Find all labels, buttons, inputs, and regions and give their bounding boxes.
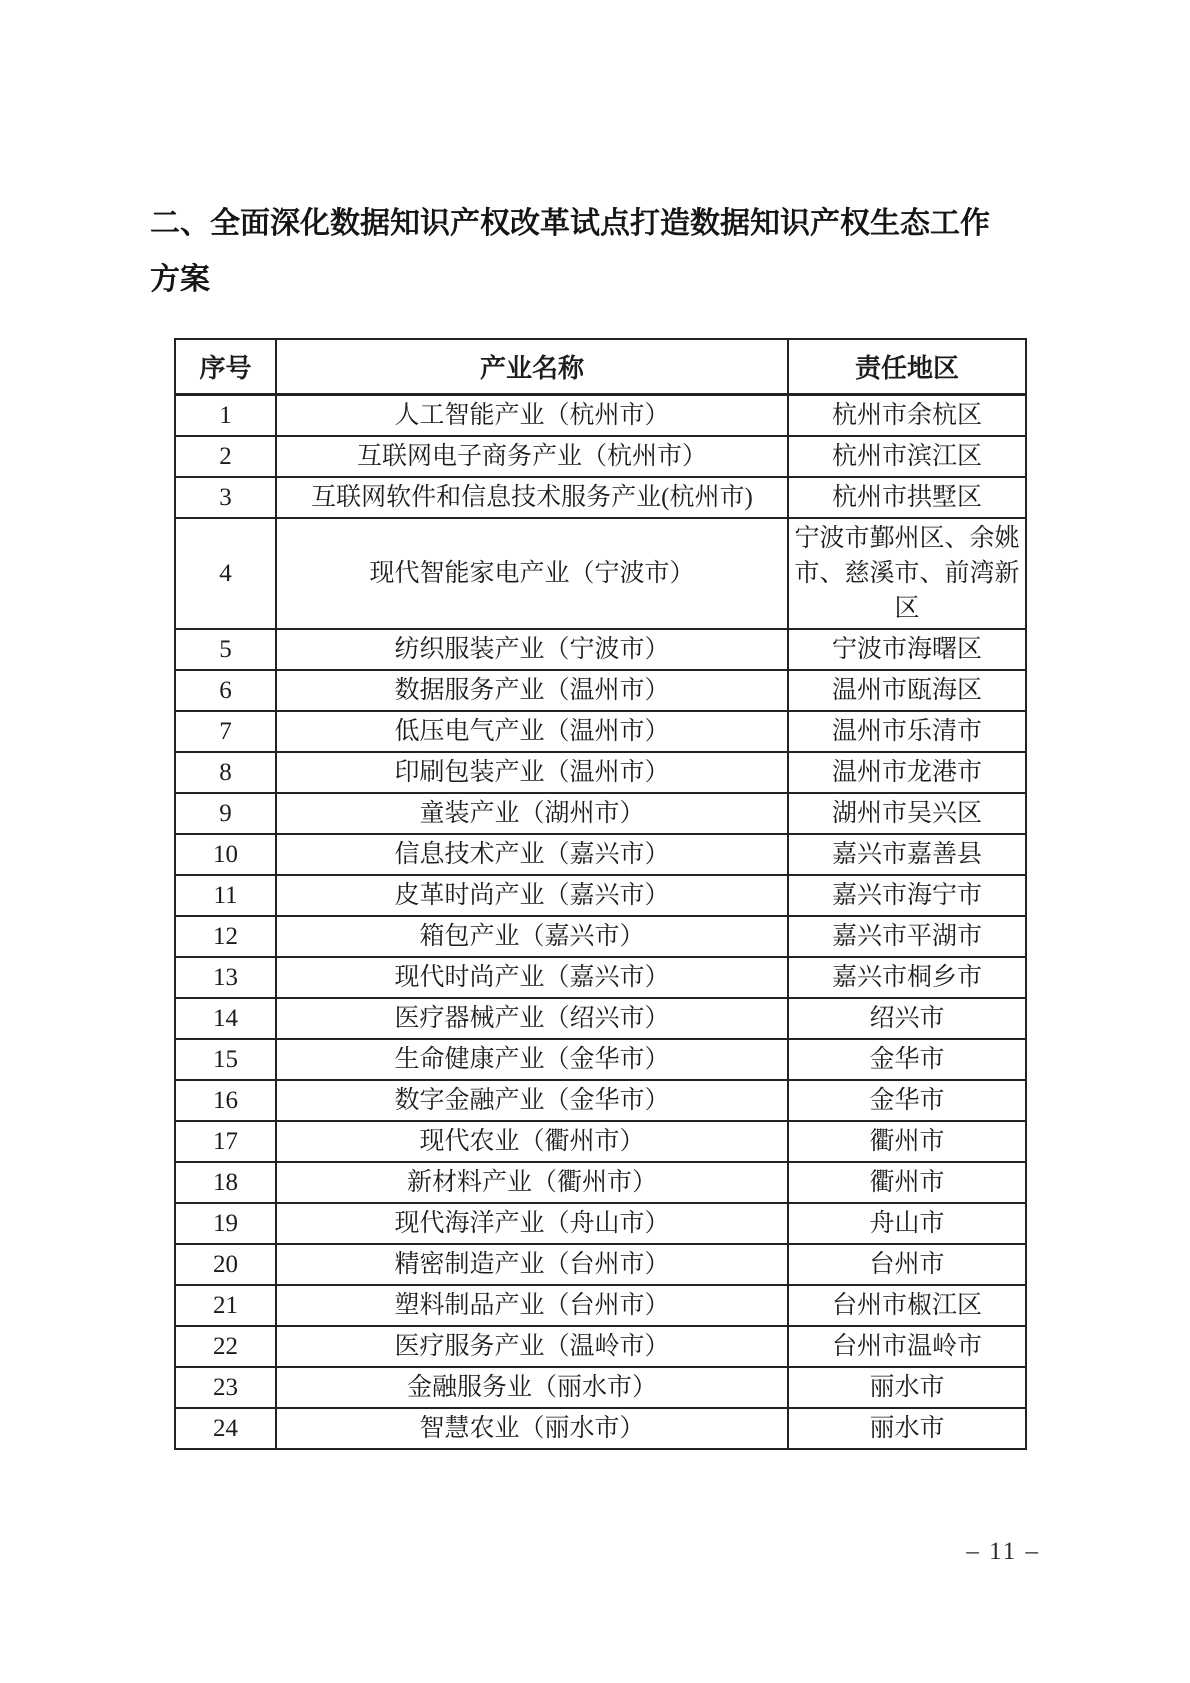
responsible-region-cell: 温州市瓯海区 (788, 670, 1026, 711)
table-row: 13 现代时尚产业（嘉兴市） 嘉兴市桐乡市 (175, 957, 1026, 998)
table-row: 24 智慧农业（丽水市） 丽水市 (175, 1408, 1026, 1449)
industry-name-cell: 低压电气产业（温州市） (276, 711, 788, 752)
page-number: – 11 – (0, 1538, 1040, 1566)
responsible-region-cell: 宁波市鄞州区、余姚市、慈溪市、前湾新区 (788, 518, 1026, 629)
row-number-cell: 2 (175, 436, 276, 477)
table-row: 14 医疗器械产业（绍兴市） 绍兴市 (175, 998, 1026, 1039)
row-number-cell: 10 (175, 834, 276, 875)
row-number-cell: 13 (175, 957, 276, 998)
table-row: 1 人工智能产业（杭州市） 杭州市余杭区 (175, 394, 1026, 436)
industry-name-cell: 印刷包装产业（温州市） (276, 752, 788, 793)
industry-name-cell: 现代智能家电产业（宁波市） (276, 518, 788, 629)
table-row: 7 低压电气产业（温州市） 温州市乐清市 (175, 711, 1026, 752)
row-number-cell: 5 (175, 629, 276, 670)
responsible-region-cell: 嘉兴市海宁市 (788, 875, 1026, 916)
industry-name-cell: 医疗服务产业（温岭市） (276, 1326, 788, 1367)
responsible-region-cell: 嘉兴市桐乡市 (788, 957, 1026, 998)
responsible-region-cell: 温州市龙港市 (788, 752, 1026, 793)
table-row: 12 箱包产业（嘉兴市） 嘉兴市平湖市 (175, 916, 1026, 957)
responsible-region-cell: 杭州市拱墅区 (788, 477, 1026, 518)
row-number-cell: 16 (175, 1080, 276, 1121)
industry-name-cell: 人工智能产业（杭州市） (276, 394, 788, 436)
industry-name-cell: 童装产业（湖州市） (276, 793, 788, 834)
industry-name-cell: 现代海洋产业（舟山市） (276, 1203, 788, 1244)
row-number-cell: 14 (175, 998, 276, 1039)
section-title: 二、全面深化数据知识产权改革试点打造数据知识产权生态工作方案 (0, 0, 1012, 308)
industry-name-cell: 现代农业（衢州市） (276, 1121, 788, 1162)
industry-name-cell: 数字金融产业（金华市） (276, 1080, 788, 1121)
industry-name-cell: 数据服务产业（温州市） (276, 670, 788, 711)
responsible-region-cell: 丽水市 (788, 1367, 1026, 1408)
row-number-cell: 22 (175, 1326, 276, 1367)
row-number-cell: 4 (175, 518, 276, 629)
table-row: 22 医疗服务产业（温岭市） 台州市温岭市 (175, 1326, 1026, 1367)
industry-name-cell: 金融服务业（丽水市） (276, 1367, 788, 1408)
table-row: 18 新材料产业（衢州市） 衢州市 (175, 1162, 1026, 1203)
row-number-cell: 15 (175, 1039, 276, 1080)
row-number-cell: 24 (175, 1408, 276, 1449)
industry-name-cell: 精密制造产业（台州市） (276, 1244, 788, 1285)
row-number-cell: 6 (175, 670, 276, 711)
table-row: 2 互联网电子商务产业（杭州市） 杭州市滨江区 (175, 436, 1026, 477)
responsible-region-cell: 衢州市 (788, 1162, 1026, 1203)
document-page: 二、全面深化数据知识产权改革试点打造数据知识产权生态工作方案 序号 产业名称 责… (0, 0, 1190, 1683)
industry-name-cell: 皮革时尚产业（嘉兴市） (276, 875, 788, 916)
responsible-region-cell: 台州市 (788, 1244, 1026, 1285)
table-row: 8 印刷包装产业（温州市） 温州市龙港市 (175, 752, 1026, 793)
header-cell-industry: 产业名称 (276, 339, 788, 394)
responsible-region-cell: 杭州市余杭区 (788, 394, 1026, 436)
responsible-region-cell: 嘉兴市嘉善县 (788, 834, 1026, 875)
responsible-region-cell: 温州市乐清市 (788, 711, 1026, 752)
industry-name-cell: 互联网电子商务产业（杭州市） (276, 436, 788, 477)
table-row: 21 塑料制品产业（台州市） 台州市椒江区 (175, 1285, 1026, 1326)
responsible-region-cell: 嘉兴市平湖市 (788, 916, 1026, 957)
table-row: 6 数据服务产业（温州市） 温州市瓯海区 (175, 670, 1026, 711)
row-number-cell: 20 (175, 1244, 276, 1285)
industry-name-cell: 新材料产业（衢州市） (276, 1162, 788, 1203)
table-header-row: 序号 产业名称 责任地区 (175, 339, 1026, 394)
row-number-cell: 11 (175, 875, 276, 916)
row-number-cell: 3 (175, 477, 276, 518)
industry-name-cell: 互联网软件和信息技术服务产业(杭州市) (276, 477, 788, 518)
table-row: 20 精密制造产业（台州市） 台州市 (175, 1244, 1026, 1285)
responsible-region-cell: 绍兴市 (788, 998, 1026, 1039)
table-row: 4 现代智能家电产业（宁波市） 宁波市鄞州区、余姚市、慈溪市、前湾新区 (175, 518, 1026, 629)
row-number-cell: 17 (175, 1121, 276, 1162)
responsible-region-cell: 宁波市海曙区 (788, 629, 1026, 670)
row-number-cell: 19 (175, 1203, 276, 1244)
table-row: 5 纺织服装产业（宁波市） 宁波市海曙区 (175, 629, 1026, 670)
responsible-region-cell: 台州市椒江区 (788, 1285, 1026, 1326)
industry-name-cell: 纺织服装产业（宁波市） (276, 629, 788, 670)
industry-name-cell: 医疗器械产业（绍兴市） (276, 998, 788, 1039)
responsible-region-cell: 金华市 (788, 1080, 1026, 1121)
header-cell-region: 责任地区 (788, 339, 1026, 394)
table-row: 9 童装产业（湖州市） 湖州市吴兴区 (175, 793, 1026, 834)
responsible-region-cell: 金华市 (788, 1039, 1026, 1080)
responsible-region-cell: 舟山市 (788, 1203, 1026, 1244)
industry-name-cell: 智慧农业（丽水市） (276, 1408, 788, 1449)
table-row: 17 现代农业（衢州市） 衢州市 (175, 1121, 1026, 1162)
responsible-region-cell: 衢州市 (788, 1121, 1026, 1162)
industry-responsibility-table: 序号 产业名称 责任地区 1 人工智能产业（杭州市） 杭州市余杭区 2 互联网电… (174, 338, 1027, 1450)
table-row: 23 金融服务业（丽水市） 丽水市 (175, 1367, 1026, 1408)
industry-name-cell: 现代时尚产业（嘉兴市） (276, 957, 788, 998)
responsible-region-cell: 台州市温岭市 (788, 1326, 1026, 1367)
row-number-cell: 23 (175, 1367, 276, 1408)
responsible-region-cell: 丽水市 (788, 1408, 1026, 1449)
row-number-cell: 12 (175, 916, 276, 957)
responsible-region-cell: 湖州市吴兴区 (788, 793, 1026, 834)
industry-name-cell: 塑料制品产业（台州市） (276, 1285, 788, 1326)
header-cell-no: 序号 (175, 339, 276, 394)
row-number-cell: 18 (175, 1162, 276, 1203)
table-row: 3 互联网软件和信息技术服务产业(杭州市) 杭州市拱墅区 (175, 477, 1026, 518)
table-row: 19 现代海洋产业（舟山市） 舟山市 (175, 1203, 1026, 1244)
table-body: 1 人工智能产业（杭州市） 杭州市余杭区 2 互联网电子商务产业（杭州市） 杭州… (175, 394, 1026, 1449)
responsible-region-cell: 杭州市滨江区 (788, 436, 1026, 477)
table-row: 10 信息技术产业（嘉兴市） 嘉兴市嘉善县 (175, 834, 1026, 875)
row-number-cell: 1 (175, 394, 276, 436)
row-number-cell: 7 (175, 711, 276, 752)
row-number-cell: 21 (175, 1285, 276, 1326)
industry-name-cell: 生命健康产业（金华市） (276, 1039, 788, 1080)
table-row: 16 数字金融产业（金华市） 金华市 (175, 1080, 1026, 1121)
row-number-cell: 8 (175, 752, 276, 793)
table-row: 15 生命健康产业（金华市） 金华市 (175, 1039, 1026, 1080)
industry-name-cell: 箱包产业（嘉兴市） (276, 916, 788, 957)
row-number-cell: 9 (175, 793, 276, 834)
industry-name-cell: 信息技术产业（嘉兴市） (276, 834, 788, 875)
table-row: 11 皮革时尚产业（嘉兴市） 嘉兴市海宁市 (175, 875, 1026, 916)
